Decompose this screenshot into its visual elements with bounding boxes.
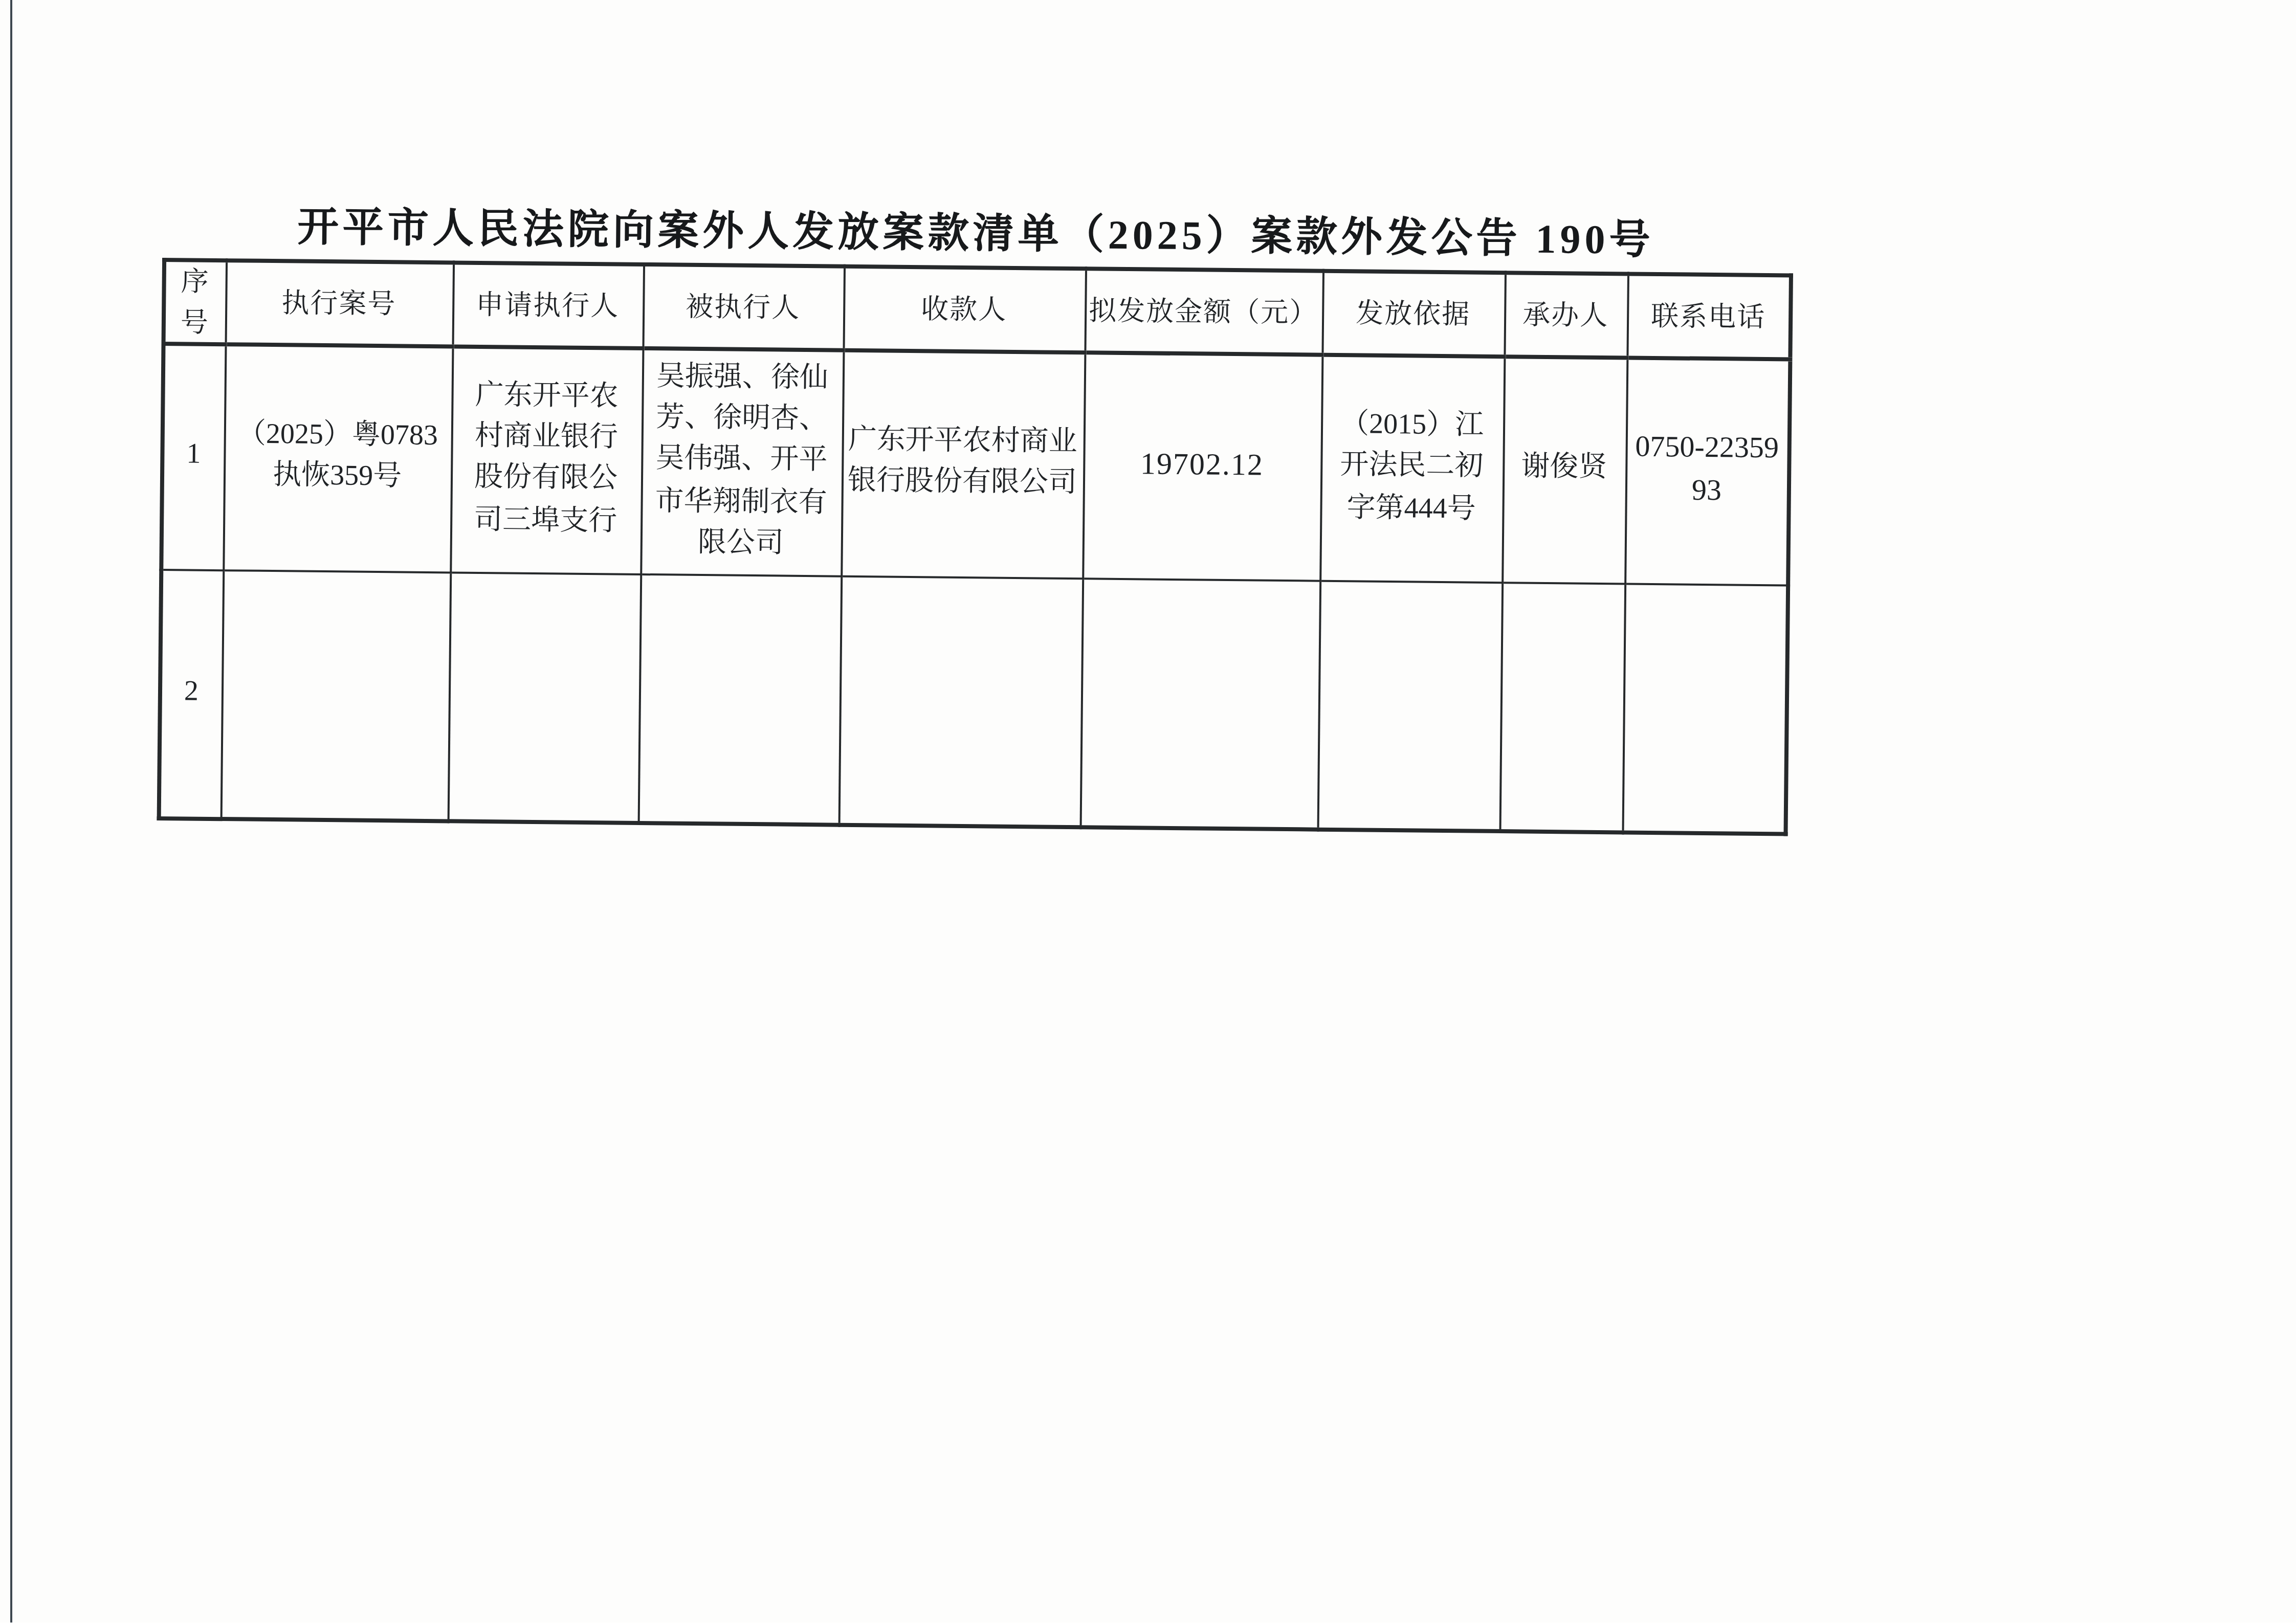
cell-seq: 2 [159,569,223,819]
table-row: 1 （2025）粤0783执恢359号 广东开平农村商业银行股份有限公司三埠支行… [161,344,1790,585]
header-seq: 序号 [164,260,226,345]
document-content: 开平市人民法院向案外人发放案款清单（2025）案款外发公告 190号 序号 [5,0,2296,20]
cell-applicant [448,572,641,824]
cell-payee: 广东开平农村商业银行股份有限公司 [841,350,1084,578]
cell-respondent [638,573,841,825]
cell-basis [1317,580,1502,831]
cell-basis: （2015）江开法民二初字第444号 [1319,355,1504,582]
cell-case-number: （2025）粤0783执恢359号 [223,345,452,572]
cell-phone: 0750-2235993 [1624,358,1790,585]
cell-amount [1080,578,1320,830]
cell-case-number [220,570,450,821]
header-respondent: 被执行人 [642,264,844,350]
cell-handler [1499,582,1624,833]
table-header-row: 序号 执行案号 申请执行人 被执行人 收款人 拟发放金额（元） 发放依据 承办人… [164,260,1791,360]
header-applicant: 申请执行人 [452,262,644,348]
header-case-number: 执行案号 [225,260,453,347]
payout-table: 序号 执行案号 申请执行人 被执行人 收款人 拟发放金额（元） 发放依据 承办人… [157,258,1793,836]
header-basis: 发放依据 [1321,271,1505,357]
header-amount: 拟发放金额（元） [1084,269,1322,355]
header-payee: 收款人 [843,266,1085,353]
header-handler: 承办人 [1504,273,1627,358]
cell-amount: 19702.12 [1082,353,1321,580]
table-row: 2 [159,569,1789,834]
cell-phone [1622,583,1788,834]
document-title: 开平市人民法院向案外人发放案款清单（2025）案款外发公告 190号 [162,192,1790,268]
cell-seq: 1 [161,344,225,569]
cell-handler: 谢俊贤 [1502,357,1626,583]
scanned-document-page: 开平市人民法院向案外人发放案款清单（2025）案款外发公告 190号 序号 [0,0,2296,1623]
scan-viewport: 开平市人民法院向案外人发放案款清单（2025）案款外发公告 190号 序号 [0,0,2296,1623]
header-phone: 联系电话 [1626,274,1791,360]
scan-left-edge-line [10,0,13,1623]
cell-applicant: 广东开平农村商业银行股份有限公司三埠支行 [450,347,642,574]
cell-payee [838,575,1083,828]
cell-respondent: 吴振强、徐仙芳、徐明杏、吴伟强、开平市华翔制衣有限公司 [640,348,843,575]
